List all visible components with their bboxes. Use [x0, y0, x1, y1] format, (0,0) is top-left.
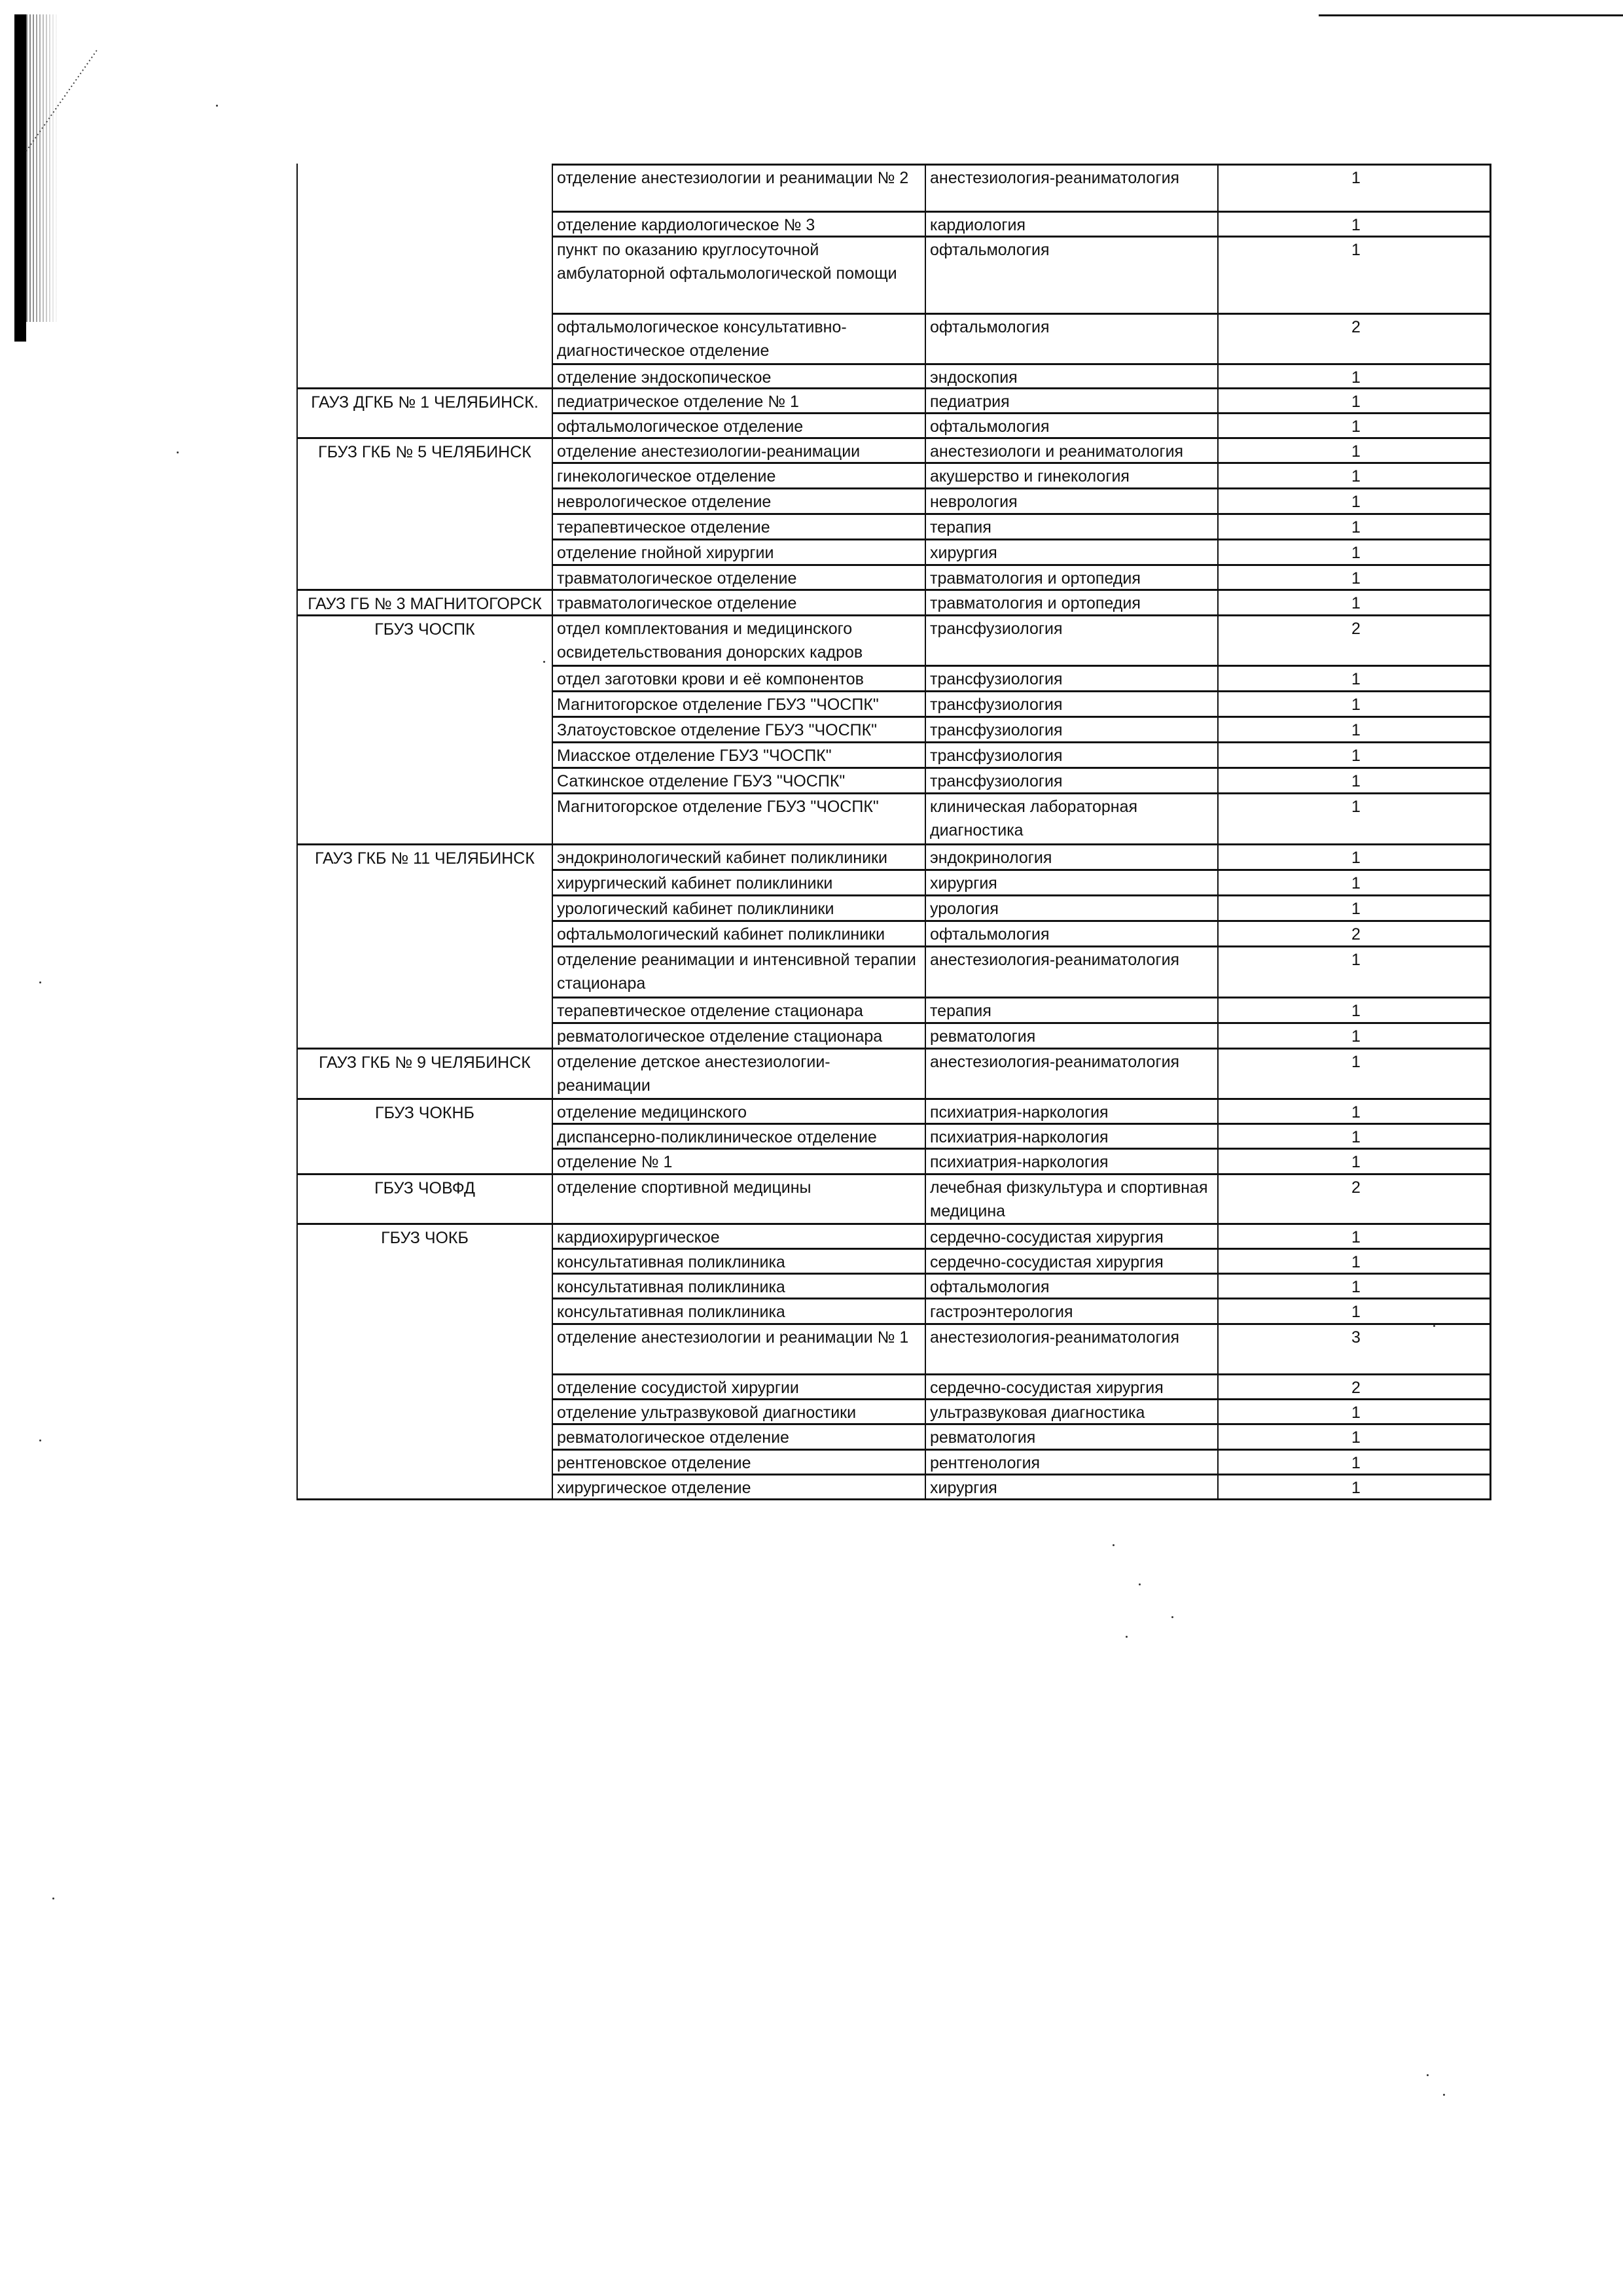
count-cell: 1	[1217, 1299, 1491, 1323]
count-cell: 1	[1217, 1400, 1491, 1423]
department-cell: хирургическое отделение	[552, 1475, 925, 1498]
specialty-cell: анестезиология-реаниматология	[925, 947, 1217, 997]
specialty-cell: лечебная физкультура и спортивная медици…	[925, 1175, 1217, 1223]
scan-speck	[39, 1439, 41, 1441]
specialty-cell: кардиология	[925, 213, 1217, 236]
table-row: консультативная поликлиникаофтальмология…	[552, 1273, 1491, 1298]
specialty-cell: хирургия	[925, 540, 1217, 564]
count-cell: 1	[1217, 1150, 1491, 1173]
department-cell: Миасское отделение ГБУЗ "ЧОСПК"	[552, 743, 925, 767]
department-cell: консультативная поликлиника	[552, 1275, 925, 1298]
specialty-cell: анестезиология-реаниматология	[925, 1050, 1217, 1098]
department-cell: отделение медицинского	[552, 1100, 925, 1123]
department-cell: отделение детское анестезиологии-реанима…	[552, 1050, 925, 1098]
department-cell: отделение сосудистой хирургии	[552, 1375, 925, 1398]
specialty-cell: эндоскопия	[925, 365, 1217, 387]
count-cell: 1	[1217, 1125, 1491, 1148]
table-row: отделение детское анестезиологии-реанима…	[552, 1048, 1491, 1098]
count-cell: 1	[1217, 591, 1491, 614]
count-cell: 1	[1217, 1475, 1491, 1498]
department-cell: отделение № 1	[552, 1150, 925, 1173]
department-cell: отделение гнойной хирургии	[552, 540, 925, 564]
count-cell: 1	[1217, 414, 1491, 437]
table-row: отделение сосудистой хирургиисердечно-со…	[552, 1373, 1491, 1398]
department-cell: отделение спортивной медицины	[552, 1175, 925, 1223]
organization-cell: ГАУЗ ДГКБ № 1 ЧЕЛЯБИНСК.	[296, 387, 552, 437]
count-cell: 1	[1217, 794, 1491, 843]
count-cell: 1	[1217, 464, 1491, 487]
count-cell: 2	[1217, 616, 1491, 665]
scan-edge-noise	[26, 14, 59, 322]
count-cell: 1	[1217, 1225, 1491, 1248]
table-row: рентгеновское отделениерентгенология1	[552, 1449, 1491, 1474]
table-row: отделение анестезиологии-реанимациианест…	[552, 437, 1491, 462]
count-cell: 1	[1217, 1050, 1491, 1098]
department-cell: консультативная поликлиника	[552, 1250, 925, 1273]
department-cell: пункт по оказанию круглосуточной амбулат…	[552, 238, 925, 313]
specialty-cell: терапия	[925, 515, 1217, 539]
specialty-cell: офтальмология	[925, 315, 1217, 363]
table-row: ревматологическое отделение стационараре…	[552, 1022, 1491, 1048]
table-row: терапевтическое отделение стационаратера…	[552, 997, 1491, 1022]
specialty-cell: офтальмология	[925, 238, 1217, 313]
specialty-cell: сердечно-сосудистая хирургия	[925, 1375, 1217, 1398]
department-cell: кардиохирургическое	[552, 1225, 925, 1248]
specialty-cell: офтальмология	[925, 414, 1217, 437]
department-cell: диспансерно-поликлиническое отделение	[552, 1125, 925, 1148]
scan-speck	[1427, 2074, 1429, 2076]
specialty-cell: трансфузиология	[925, 692, 1217, 716]
table-row: кардиохирургическоесердечно-сосудистая х…	[552, 1223, 1491, 1248]
table-row: консультативная поликлиникасердечно-сосу…	[552, 1248, 1491, 1273]
table-row: отделение эндоскопическоеэндоскопия1	[552, 363, 1491, 387]
specialty-cell: офтальмология	[925, 922, 1217, 945]
table-row: эндокринологический кабинет поликлиникиэ…	[552, 843, 1491, 869]
table-row: отделение ультразвуковой диагностикиульт…	[552, 1398, 1491, 1423]
department-cell: отделение ультразвуковой диагностики	[552, 1400, 925, 1423]
department-cell: Магнитогорское отделение ГБУЗ "ЧОСПК"	[552, 794, 925, 843]
specialty-cell: анестезиологи и реаниматология	[925, 439, 1217, 462]
table-row: пункт по оказанию круглосуточной амбулат…	[552, 236, 1491, 313]
count-cell: 1	[1217, 389, 1491, 412]
specialty-cell: терапия	[925, 998, 1217, 1022]
specialty-cell: ревматология	[925, 1024, 1217, 1048]
count-cell: 1	[1217, 718, 1491, 741]
table-bottom-border	[296, 1498, 1491, 1500]
organization-cell: ГБУЗ ЧОКНБ	[296, 1098, 552, 1173]
department-cell: офтальмологический кабинет поликлиники	[552, 922, 925, 945]
count-cell: 2	[1217, 922, 1491, 945]
top-rule-line	[1319, 14, 1623, 16]
organization-cell	[296, 164, 552, 387]
specialty-cell: трансфузиология	[925, 769, 1217, 792]
department-cell: гинекологическое отделение	[552, 464, 925, 487]
department-cell: офтальмологическое консультативно-диагно…	[552, 315, 925, 363]
table-row: отдел заготовки крови и её компонентовтр…	[552, 665, 1491, 690]
count-cell: 1	[1217, 896, 1491, 920]
table-row: отделение реанимации и интенсивной терап…	[552, 945, 1491, 997]
department-cell: Магнитогорское отделение ГБУЗ "ЧОСПК"	[552, 692, 925, 716]
scan-edge-shadow	[14, 14, 26, 342]
organization-cell: ГБУЗ ЧОСПК	[296, 614, 552, 843]
scan-speck	[1113, 1544, 1115, 1546]
organization-cell: ГАУЗ ГКБ № 9 ЧЕЛЯБИНСК	[296, 1048, 552, 1098]
department-cell: ревматологическое отделение	[552, 1425, 925, 1449]
count-cell: 2	[1217, 315, 1491, 363]
specialty-cell: эндокринология	[925, 845, 1217, 869]
organization-cell: ГБУЗ ГКБ № 5 ЧЕЛЯБИНСК	[296, 437, 552, 589]
scan-speck	[543, 661, 545, 663]
count-cell: 1	[1217, 743, 1491, 767]
specialty-cell: педиатрия	[925, 389, 1217, 412]
count-cell: 1	[1217, 238, 1491, 313]
scan-speck	[1443, 2094, 1445, 2096]
department-cell: отделение анестезиологии и реанимации № …	[552, 1325, 925, 1373]
specialty-cell: клиническая лабораторная диагностика	[925, 794, 1217, 843]
specialty-cell: ревматология	[925, 1425, 1217, 1449]
department-cell: отделение кардиологическое № 3	[552, 213, 925, 236]
organization-cell: ГБУЗ ЧОКБ	[296, 1223, 552, 1498]
specialty-cell: трансфузиология	[925, 718, 1217, 741]
department-cell: рентгеновское отделение	[552, 1451, 925, 1474]
specialty-cell: сердечно-сосудистая хирургия	[925, 1225, 1217, 1248]
table-row: неврологическое отделениеневрология1	[552, 487, 1491, 513]
specialty-cell: неврология	[925, 489, 1217, 513]
table-row: гинекологическое отделениеакушерство и г…	[552, 462, 1491, 487]
count-cell: 1	[1217, 515, 1491, 539]
scan-speck	[1171, 1616, 1173, 1618]
specialty-cell: трансфузиология	[925, 743, 1217, 767]
specialty-cell: трансфузиология	[925, 616, 1217, 665]
count-cell: 1	[1217, 692, 1491, 716]
specialty-cell: сердечно-сосудистая хирургия	[925, 1250, 1217, 1273]
count-cell: 1	[1217, 1425, 1491, 1449]
table-row: отделение анестезиологии и реанимации № …	[552, 1323, 1491, 1373]
department-cell: хирургический кабинет поликлиники	[552, 871, 925, 894]
scan-speck	[1126, 1636, 1128, 1638]
table-row: терапевтическое отделениетерапия1	[552, 513, 1491, 539]
table-row: урологический кабинет поликлиникиурологи…	[552, 894, 1491, 920]
department-cell: терапевтическое отделение	[552, 515, 925, 539]
department-cell: травматологическое отделение	[552, 566, 925, 589]
specialty-cell: урология	[925, 896, 1217, 920]
table-row: офтальмологическое отделениеофтальмологи…	[552, 412, 1491, 437]
department-cell: педиатрическое отделение № 1	[552, 389, 925, 412]
specialty-cell: гастроэнтерология	[925, 1299, 1217, 1323]
department-cell: терапевтическое отделение стационара	[552, 998, 925, 1022]
department-cell: Златоустовское отделение ГБУЗ "ЧОСПК"	[552, 718, 925, 741]
count-cell: 3	[1217, 1325, 1491, 1373]
table-row: офтальмологический кабинет поликлиникиоф…	[552, 920, 1491, 945]
specialty-cell: психиатрия-наркология	[925, 1100, 1217, 1123]
count-cell: 1	[1217, 1451, 1491, 1474]
count-cell: 1	[1217, 1100, 1491, 1123]
count-cell: 1	[1217, 489, 1491, 513]
specialty-cell: рентгенология	[925, 1451, 1217, 1474]
count-cell: 1	[1217, 769, 1491, 792]
table-row: ревматологическое отделениеревматология1	[552, 1423, 1491, 1449]
department-cell: консультативная поликлиника	[552, 1299, 925, 1323]
specialty-cell: акушерство и гинекология	[925, 464, 1217, 487]
count-cell: 1	[1217, 667, 1491, 690]
table-row: Миасское отделение ГБУЗ "ЧОСПК"трансфузи…	[552, 741, 1491, 767]
department-cell: травматологическое отделение	[552, 591, 925, 614]
specialty-cell: офтальмология	[925, 1275, 1217, 1298]
table-row: отделение спортивной медицинылечебная фи…	[552, 1173, 1491, 1223]
scan-speck	[52, 1898, 54, 1899]
scan-speck	[39, 981, 41, 983]
scan-speck	[1139, 1583, 1141, 1585]
table-row: отделение гнойной хирургиихирургия1	[552, 539, 1491, 564]
department-cell: отдел заготовки крови и её компонентов	[552, 667, 925, 690]
count-cell: 1	[1217, 1024, 1491, 1048]
table-row: Саткинское отделение ГБУЗ "ЧОСПК"трансфу…	[552, 767, 1491, 792]
specialty-cell: анестезиология-реаниматология	[925, 166, 1217, 211]
count-cell: 1	[1217, 947, 1491, 997]
organization-cell: ГАУЗ ГКБ № 11 ЧЕЛЯБИНСК	[296, 843, 552, 1048]
specialty-cell: хирургия	[925, 871, 1217, 894]
table-row: отделение медицинскогопсихиатрия-нарколо…	[552, 1098, 1491, 1123]
department-cell: отделение реанимации и интенсивной терап…	[552, 947, 925, 997]
table-row: офтальмологическое консультативно-диагно…	[552, 313, 1491, 363]
department-cell: Саткинское отделение ГБУЗ "ЧОСПК"	[552, 769, 925, 792]
count-cell: 1	[1217, 365, 1491, 387]
table-row: Магнитогорское отделение ГБУЗ "ЧОСПК"кли…	[552, 792, 1491, 843]
department-cell: неврологическое отделение	[552, 489, 925, 513]
count-cell: 1	[1217, 1250, 1491, 1273]
count-cell: 1	[1217, 871, 1491, 894]
count-cell: 1	[1217, 566, 1491, 589]
department-cell: отделение анестезиологии и реанимации № …	[552, 166, 925, 211]
scan-speck	[1433, 1325, 1435, 1327]
department-cell: эндокринологический кабинет поликлиники	[552, 845, 925, 869]
count-cell: 1	[1217, 439, 1491, 462]
count-cell: 2	[1217, 1375, 1491, 1398]
specialty-cell: травматология и ортопедия	[925, 591, 1217, 614]
specialty-cell: психиатрия-наркология	[925, 1150, 1217, 1173]
organization-cell: ГАУЗ ГБ № 3 МАГНИТОГОРСК	[296, 589, 552, 614]
table-row: диспансерно-поликлиническое отделениепси…	[552, 1123, 1491, 1148]
count-cell: 1	[1217, 845, 1491, 869]
table-row: педиатрическое отделение № 1педиатрия1	[552, 387, 1491, 412]
department-cell: отдел комплектования и медицинского осви…	[552, 616, 925, 665]
table-row: травматологическое отделениетравматологи…	[552, 564, 1491, 589]
table-row: отдел комплектования и медицинского осви…	[552, 614, 1491, 665]
specialty-cell: психиатрия-наркология	[925, 1125, 1217, 1148]
table-row: хирургический кабинет поликлиникихирурги…	[552, 869, 1491, 894]
table-row: отделение анестезиологии и реанимации № …	[552, 164, 1491, 211]
table-row: Златоустовское отделение ГБУЗ "ЧОСПК"тра…	[552, 716, 1491, 741]
scan-speck	[177, 451, 179, 453]
department-cell: урологический кабинет поликлиники	[552, 896, 925, 920]
count-cell: 1	[1217, 998, 1491, 1022]
specialty-cell: трансфузиология	[925, 667, 1217, 690]
department-cell: отделение анестезиологии-реанимации	[552, 439, 925, 462]
table-row: отделение кардиологическое № 3кардиологи…	[552, 211, 1491, 236]
count-cell: 2	[1217, 1175, 1491, 1223]
scan-speck	[216, 105, 218, 107]
specialty-cell: травматология и ортопедия	[925, 566, 1217, 589]
count-cell: 1	[1217, 540, 1491, 564]
department-cell: ревматологическое отделение стационара	[552, 1024, 925, 1048]
count-cell: 1	[1217, 213, 1491, 236]
organization-cell: ГБУЗ ЧОВФД	[296, 1173, 552, 1223]
count-cell: 1	[1217, 1275, 1491, 1298]
table-row: хирургическое отделениехирургия1	[552, 1474, 1491, 1498]
department-cell: отделение эндоскопическое	[552, 365, 925, 387]
table-row: отделение № 1психиатрия-наркология1	[552, 1148, 1491, 1173]
specialty-cell: анестезиология-реаниматология	[925, 1325, 1217, 1373]
table-row: травматологическое отделениетравматологи…	[552, 589, 1491, 614]
table-row: консультативная поликлиникагастроэнтерол…	[552, 1298, 1491, 1323]
department-cell: офтальмологическое отделение	[552, 414, 925, 437]
table-row: Магнитогорское отделение ГБУЗ "ЧОСПК"тра…	[552, 690, 1491, 716]
specialty-cell: хирургия	[925, 1475, 1217, 1498]
specialty-cell: ультразвуковая диагностика	[925, 1400, 1217, 1423]
count-cell: 1	[1217, 166, 1491, 211]
